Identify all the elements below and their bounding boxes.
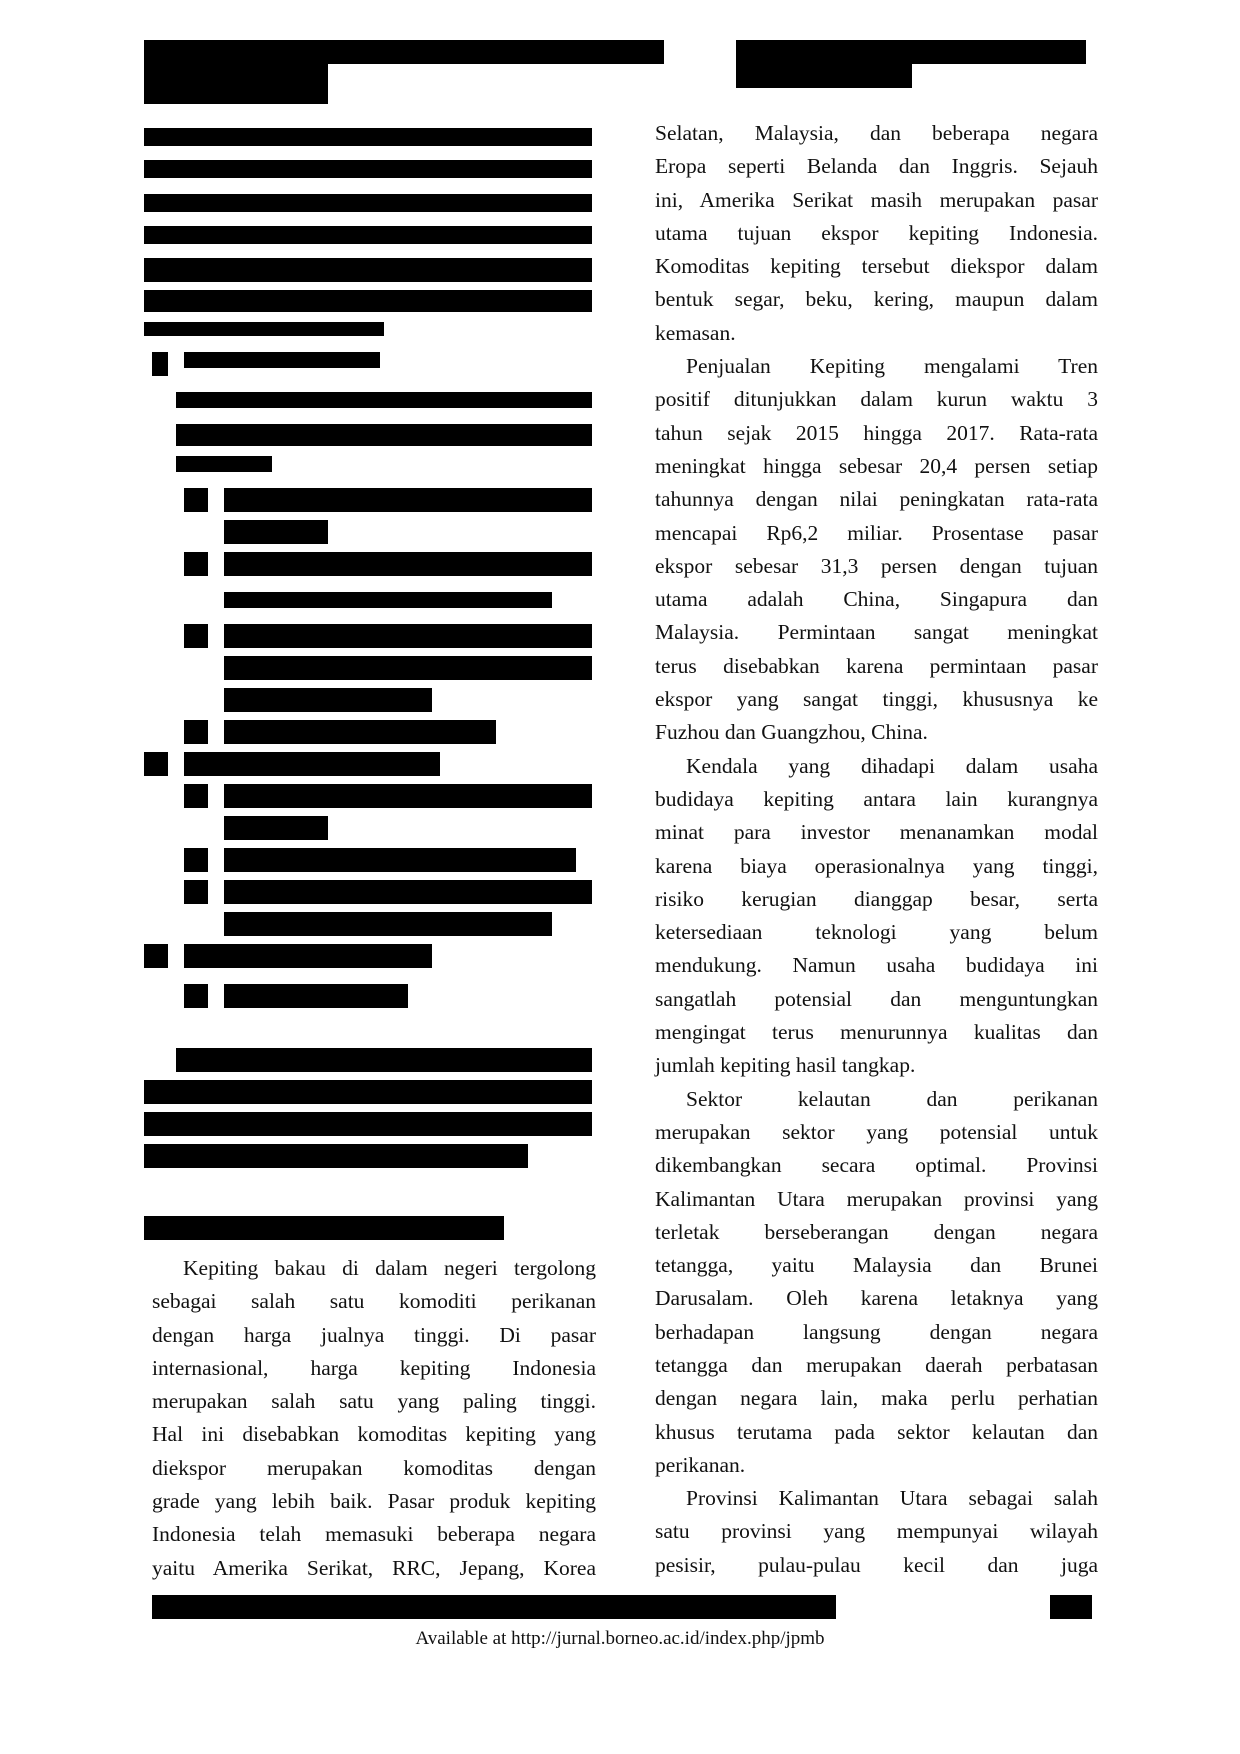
paragraph: Sektor kelautan dan perikanan merupakan … <box>655 1083 1098 1483</box>
redacted-section-heading <box>144 1216 504 1240</box>
paragraph: Kepiting bakau di dalam negeri tergolong… <box>152 1252 596 1585</box>
redacted-running-header-right <box>736 40 1086 64</box>
redacted-list-number <box>144 944 168 968</box>
redacted-sublist-marker <box>184 848 208 872</box>
redacted-list-number <box>144 752 168 776</box>
redacted-sublist-marker <box>184 784 208 808</box>
paragraph: Kendala yang dihadapi dalam usaha budida… <box>655 750 1098 1083</box>
left-column-body: Kepiting bakau di dalam negeri tergolong… <box>152 1252 596 1585</box>
paragraph: Penjualan Kepiting mengalami Tren positi… <box>655 350 1098 750</box>
redacted-sublist-marker <box>184 880 208 904</box>
redacted-sublist-marker <box>184 552 208 576</box>
redacted-running-header-right-2 <box>736 64 912 88</box>
redacted-list-number <box>152 352 168 376</box>
redacted-page-number <box>1050 1595 1092 1619</box>
redacted-sublist-marker <box>184 720 208 744</box>
redacted-sublist-marker <box>184 488 208 512</box>
paragraph: Selatan, Malaysia, dan beberapa negara E… <box>655 117 1098 350</box>
right-column-body: Selatan, Malaysia, dan beberapa negara E… <box>655 117 1098 1582</box>
footer-availability-link[interactable]: Available at http://jurnal.borneo.ac.id/… <box>0 1628 1240 1650</box>
redacted-sublist-marker <box>184 984 208 1008</box>
redacted-sublist-marker <box>184 624 208 648</box>
redacted-running-header-left-2 <box>144 64 328 104</box>
redacted-running-header-left <box>144 40 664 64</box>
paragraph: Provinsi Kalimantan Utara sebagai salah … <box>655 1482 1098 1582</box>
redacted-footer-citation <box>152 1595 836 1619</box>
